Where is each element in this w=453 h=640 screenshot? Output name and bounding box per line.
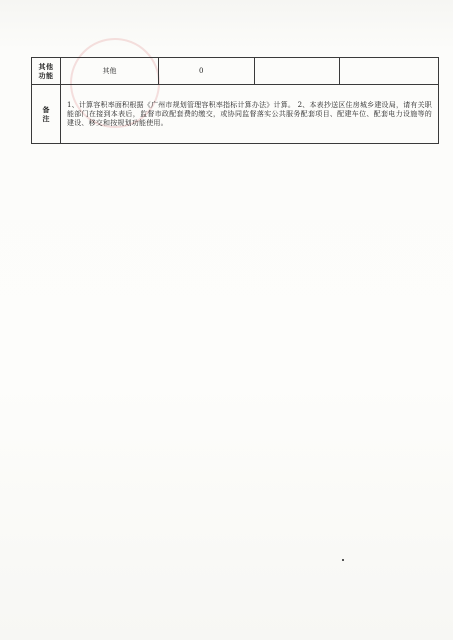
scan-speck: [342, 559, 344, 561]
table-row-other-function: 其他 功能 其他 0: [32, 58, 439, 85]
header-text-line1: 其他: [32, 62, 60, 71]
function-value-cell: 0: [159, 58, 255, 85]
empty-cell-5: [340, 58, 439, 85]
function-category-cell: 其他: [61, 58, 159, 85]
remarks-header-line2: 注: [32, 114, 60, 123]
remarks-header-line1: 备: [32, 105, 60, 114]
header-text-line2: 功能: [32, 71, 60, 80]
table-row-remarks: 备 注 1、计算容积率面积根据《广州市规划管理容积率指标计算办法》计算。 2、本…: [32, 85, 439, 144]
row-header-remarks: 备 注: [32, 85, 61, 144]
planning-indicator-table: 其他 功能 其他 0 备 注 1、计算容积率面积根据《广州市规划管理容积率指标计…: [31, 57, 439, 144]
row-header-other-function: 其他 功能: [32, 58, 61, 85]
empty-cell-4: [255, 58, 340, 85]
remarks-text: 1、计算容积率面积根据《广州市规划管理容积率指标计算办法》计算。 2、本表抄送区…: [61, 85, 439, 144]
